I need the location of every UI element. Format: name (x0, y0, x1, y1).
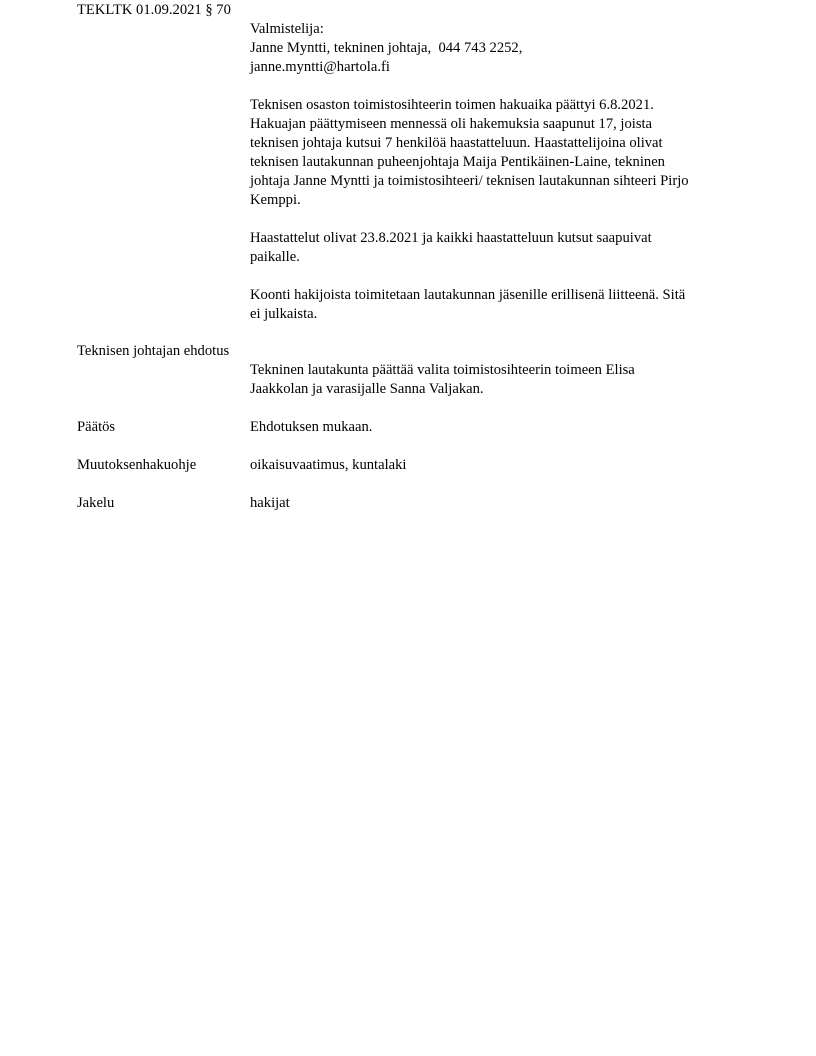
text-line: Haastattelut olivat 23.8.2021 ja kaikki … (250, 229, 750, 248)
paragraph-3: Koonti hakijoista toimitetaan lautakunna… (250, 286, 750, 324)
preparer-block: Valmistelija: Janne Myntti, tekninen joh… (250, 20, 750, 77)
preparer-label: Valmistelija: (250, 20, 750, 39)
text-line: Hakuajan päättymiseen mennessä oli hakem… (250, 115, 750, 134)
proposal-label: Teknisen johtajan ehdotus (77, 342, 229, 361)
distribution-label: Jakelu (77, 494, 114, 513)
text-line: Koonti hakijoista toimitetaan lautakunna… (250, 286, 750, 305)
text-line: johtaja Janne Myntti ja toimistosihteeri… (250, 172, 750, 191)
text-line: Kemppi. (250, 191, 750, 210)
distribution-value: hakijat (250, 494, 290, 513)
text-line: Jaakkolan ja varasijalle Sanna Valjakan. (250, 380, 750, 399)
decision-label: Päätös (77, 418, 115, 437)
proposal-text: Tekninen lautakunta päättää valita toimi… (250, 361, 750, 399)
text-line: Teknisen osaston toimistosihteerin toime… (250, 96, 750, 115)
text-line: teknisen lautakunnan puheenjohtaja Maija… (250, 153, 750, 172)
text-line: ei julkaista. (250, 305, 750, 324)
appeal-value: oikaisuvaatimus, kuntalaki (250, 456, 406, 475)
text-line: paikalle. (250, 248, 750, 267)
text-line: Tekninen lautakunta päättää valita toimi… (250, 361, 750, 380)
paragraph-2: Haastattelut olivat 23.8.2021 ja kaikki … (250, 229, 750, 267)
document-header: TEKLTK 01.09.2021 § 70 (77, 1, 231, 20)
preparer-email: janne.myntti@hartola.fi (250, 58, 750, 77)
decision-value: Ehdotuksen mukaan. (250, 418, 372, 437)
appeal-label: Muutoksenhakuohje (77, 456, 196, 475)
preparer-contact: Janne Myntti, tekninen johtaja, 044 743 … (250, 39, 750, 58)
paragraph-1: Teknisen osaston toimistosihteerin toime… (250, 96, 750, 210)
text-line: teknisen johtaja kutsui 7 henkilöä haast… (250, 134, 750, 153)
